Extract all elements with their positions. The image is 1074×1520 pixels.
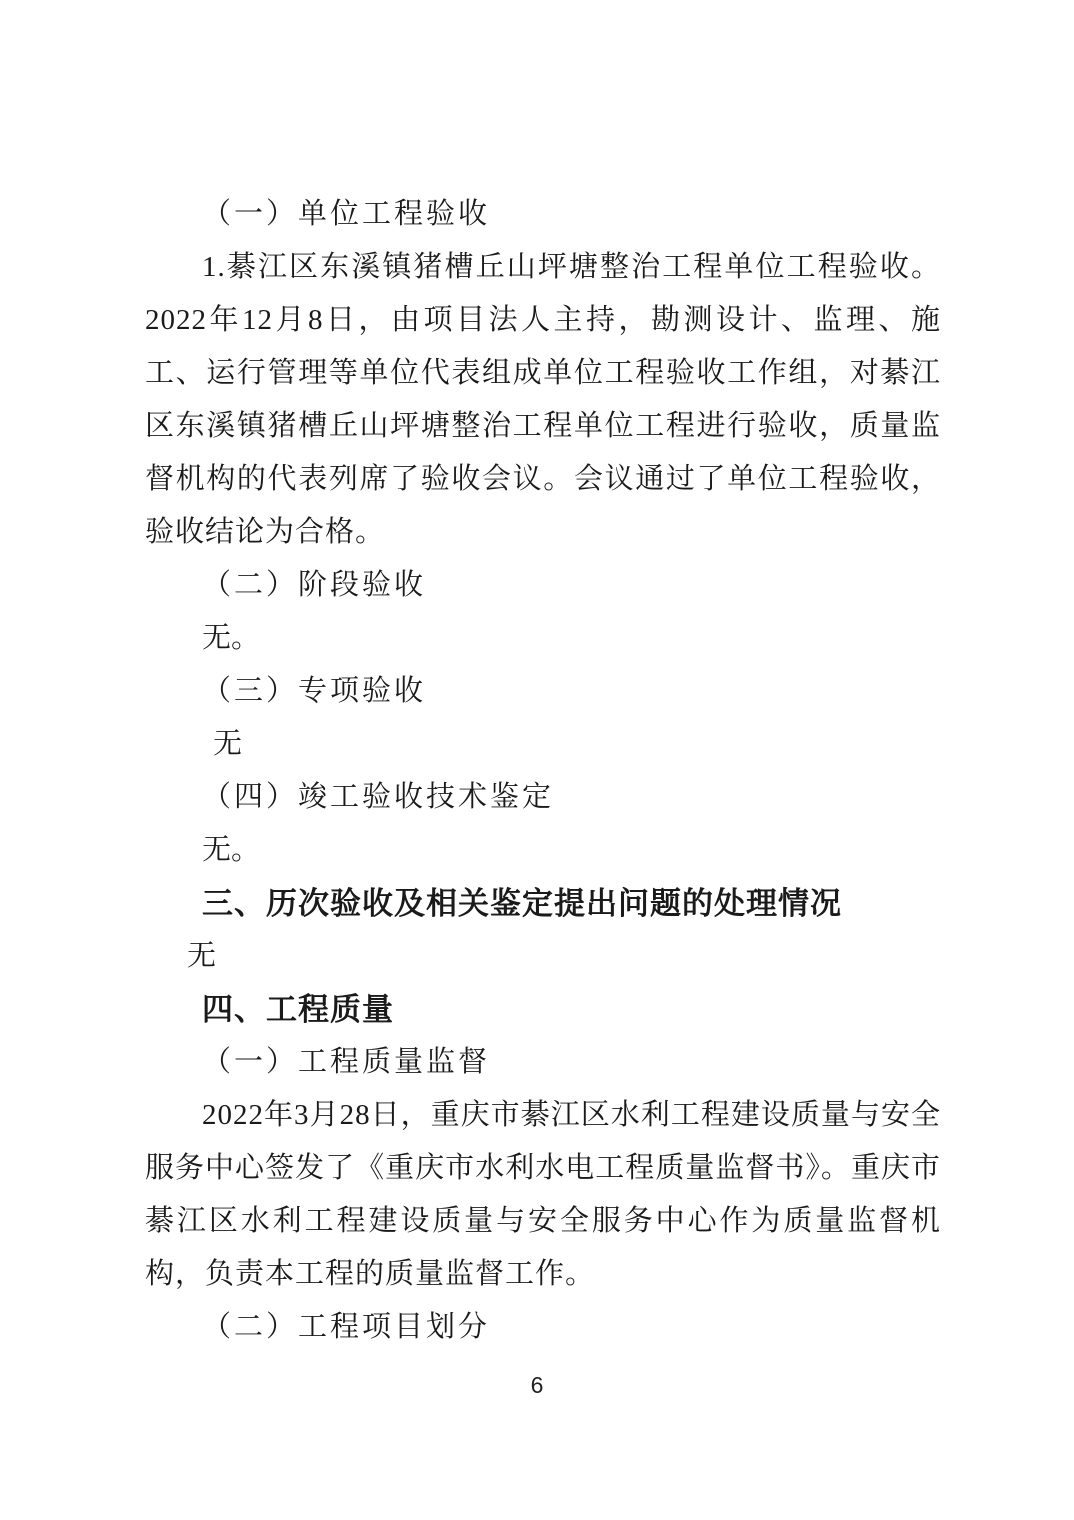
subheading-stage-acceptance: （二）阶段验收 xyxy=(145,559,941,612)
paragraph-appraisal-none: 无。 xyxy=(145,824,941,877)
subheading-project-division: （二）工程项目划分 xyxy=(145,1301,941,1354)
subheading-completion-technical-appraisal: （四）竣工验收技术鉴定 xyxy=(145,771,941,824)
paragraph-quality-supervision-details: 2022年3月28日，重庆市綦江区水利工程建设质量与安全服务中心签发了《重庆市水… xyxy=(145,1089,941,1301)
paragraph-issues-none: 无 xyxy=(145,930,941,983)
heading-section-3-issues-handling: 三、历次验收及相关鉴定提出问题的处理情况 xyxy=(145,877,941,930)
paragraph-special-acceptance-none: 无 xyxy=(145,718,941,771)
document-page: （一）单位工程验收 1.綦江区东溪镇猪槽丘山坪塘整治工程单位工程验收。2022年… xyxy=(0,0,1074,1520)
paragraph-unit-acceptance-details: 1.綦江区东溪镇猪槽丘山坪塘整治工程单位工程验收。2022年12月8日，由项目法… xyxy=(145,241,941,559)
heading-section-4-project-quality: 四、工程质量 xyxy=(145,983,941,1036)
subheading-quality-supervision: （一）工程质量监督 xyxy=(145,1036,941,1089)
paragraph-stage-acceptance-none: 无。 xyxy=(145,612,941,665)
text-column: （一）单位工程验收 1.綦江区东溪镇猪槽丘山坪塘整治工程单位工程验收。2022年… xyxy=(145,188,941,1354)
subheading-unit-project-acceptance: （一）单位工程验收 xyxy=(145,188,941,241)
subheading-special-acceptance: （三）专项验收 xyxy=(145,665,941,718)
page-number: 6 xyxy=(0,1372,1074,1399)
